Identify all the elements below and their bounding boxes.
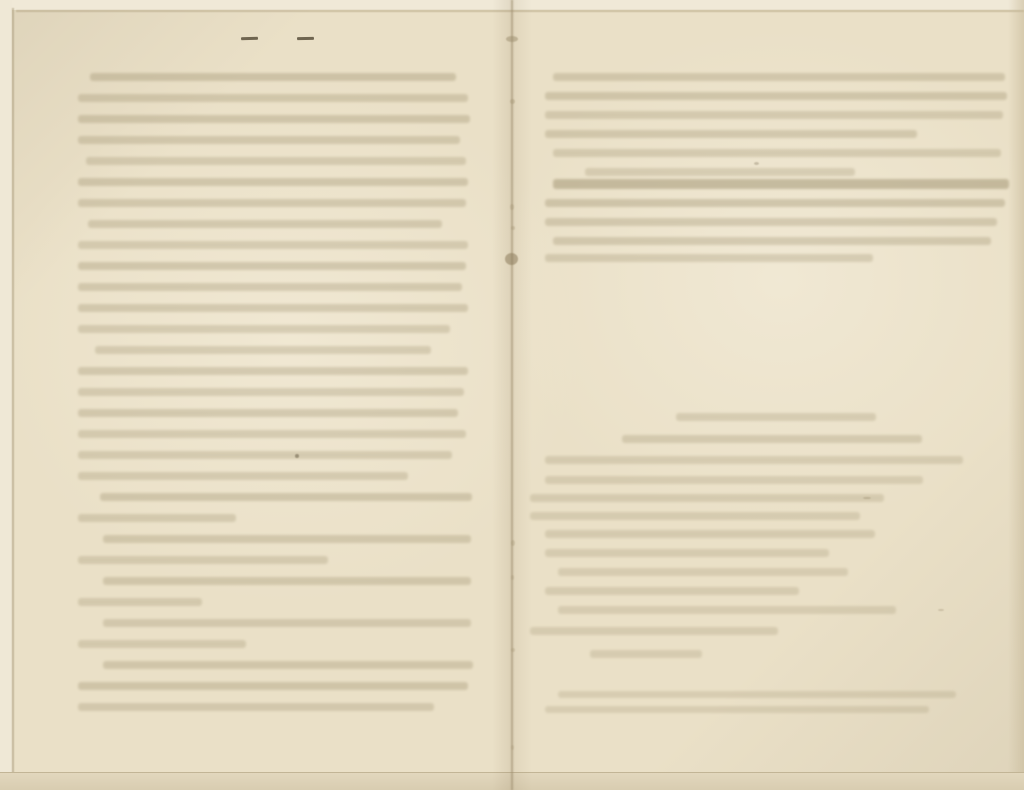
ghost-text-line bbox=[545, 92, 1007, 100]
ghost-text-line bbox=[78, 199, 466, 207]
stain-speck bbox=[510, 99, 515, 104]
ghost-text-line bbox=[545, 476, 923, 484]
ghost-text-line bbox=[585, 168, 855, 176]
ghost-text-line bbox=[78, 262, 466, 270]
ghost-text-line bbox=[78, 283, 462, 291]
ghost-text-line bbox=[86, 157, 466, 165]
ghost-text-line bbox=[553, 237, 991, 245]
stain-speck bbox=[938, 609, 944, 611]
ghost-text-line bbox=[90, 73, 456, 81]
stain-speck bbox=[506, 36, 518, 42]
ghost-text-line bbox=[78, 94, 468, 102]
ghost-text-line bbox=[78, 598, 202, 606]
stain-speck bbox=[295, 454, 299, 458]
ghost-text-line bbox=[103, 661, 473, 669]
ghost-text-line bbox=[100, 493, 472, 501]
ghost-text-line bbox=[545, 706, 929, 713]
stain-speck bbox=[863, 497, 871, 499]
ghost-text-line bbox=[676, 413, 876, 421]
ghost-text-line bbox=[78, 430, 466, 438]
ghost-text-line bbox=[558, 568, 848, 576]
ghost-text-line bbox=[545, 456, 963, 464]
ghost-text-line bbox=[590, 650, 702, 658]
ghost-text-line bbox=[622, 435, 922, 443]
ghost-text-line bbox=[545, 111, 1003, 119]
ghost-text-line bbox=[78, 367, 468, 375]
ghost-text-line bbox=[78, 472, 408, 480]
ghost-text-line bbox=[530, 494, 884, 502]
dash-mark bbox=[241, 37, 258, 40]
dash-mark bbox=[297, 37, 314, 40]
stain-speck bbox=[511, 745, 514, 750]
ghost-text-line bbox=[78, 115, 470, 123]
stain-speck bbox=[754, 162, 759, 165]
ghost-text-line bbox=[78, 388, 464, 396]
ghost-text-line bbox=[558, 691, 956, 698]
stain-speck bbox=[511, 226, 515, 230]
stain-speck bbox=[511, 540, 515, 546]
ghost-text-line bbox=[545, 218, 997, 226]
ghost-text-line bbox=[545, 530, 875, 538]
stain-speck bbox=[511, 575, 514, 580]
ghost-text-line bbox=[78, 703, 434, 711]
ghost-text-line bbox=[78, 304, 468, 312]
ghost-text-line bbox=[95, 346, 431, 354]
ghost-text-line bbox=[78, 682, 468, 690]
stain-speck bbox=[510, 204, 514, 210]
ghost-text-line bbox=[530, 627, 778, 635]
ghost-text-line bbox=[78, 178, 468, 186]
stain-speck bbox=[511, 648, 515, 652]
ghost-text-line bbox=[545, 549, 829, 557]
ghost-text-line bbox=[545, 254, 873, 262]
ghost-text-line bbox=[545, 199, 1005, 207]
ghost-text-line bbox=[545, 587, 799, 595]
ghost-text-line bbox=[553, 73, 1005, 81]
ghost-text-line bbox=[78, 325, 450, 333]
ghost-text-line bbox=[78, 409, 458, 417]
ghost-text-line bbox=[553, 179, 1009, 189]
ghost-text-line bbox=[78, 241, 468, 249]
ghost-text-line bbox=[545, 130, 917, 138]
ghost-text-line bbox=[553, 149, 1001, 157]
ghost-text-line bbox=[78, 514, 236, 522]
ghost-text-line bbox=[78, 451, 452, 459]
ghost-text-line bbox=[78, 136, 460, 144]
book-spread: 2 1 2 3 bbox=[0, 0, 1024, 790]
ghost-text-line bbox=[103, 619, 471, 627]
ghost-text-line bbox=[530, 512, 860, 520]
stain-speck bbox=[505, 253, 518, 265]
ghost-text-line bbox=[88, 220, 442, 228]
ghost-text-line bbox=[103, 577, 471, 585]
ghost-text-line bbox=[78, 640, 246, 648]
ghost-text-line bbox=[103, 535, 471, 543]
ghost-text-line bbox=[78, 556, 328, 564]
ghost-text-line bbox=[558, 606, 896, 614]
